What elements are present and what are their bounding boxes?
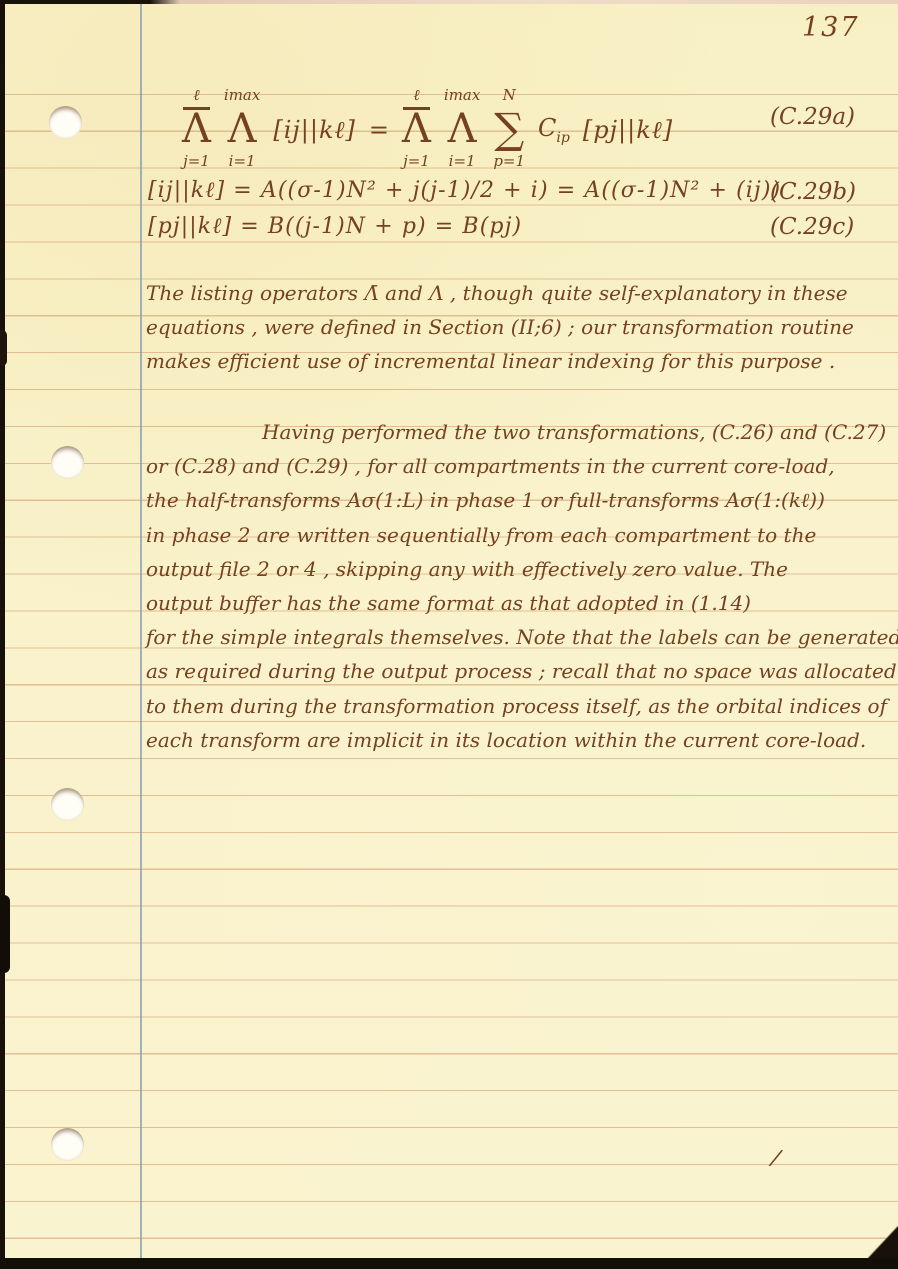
operator-lower-limit: j=1 xyxy=(403,151,430,172)
equals-sign: = xyxy=(369,116,389,144)
punch-hole xyxy=(49,106,82,139)
handwritten-line: as required during the output process ; … xyxy=(146,654,886,688)
punch-hole xyxy=(51,1128,84,1161)
operator-upper-limit: ℓ xyxy=(193,88,199,107)
summation-operator: N ∑ p=1 xyxy=(493,88,525,172)
equation-label-c29b: (C.29b) xyxy=(770,179,856,205)
wedge-operator: imax Λ i=1 xyxy=(224,88,260,172)
paragraph-output-description: Having performed the two transformations… xyxy=(146,415,886,757)
coefficient: Cip xyxy=(538,114,570,146)
wedge-operator: imax Λ i=1 xyxy=(444,88,480,172)
handwritten-line: to them during the transformation proces… xyxy=(146,689,886,723)
handwritten-line: in phase 2 are written sequentially from… xyxy=(146,518,886,552)
handwritten-line: equations , were defined in Section (II;… xyxy=(146,311,886,345)
page-corner-cut xyxy=(868,1226,898,1258)
punch-hole xyxy=(51,788,84,821)
handwritten-line: Having performed the two transformations… xyxy=(146,415,886,449)
wedge-symbol: Λ xyxy=(448,107,477,151)
handwritten-line: for the simple integrals themselves. Not… xyxy=(146,620,886,654)
integral-label-rhs: [pj||kℓ] xyxy=(583,116,673,145)
scan-edge-blob xyxy=(0,895,10,973)
wedge-symbol: Λ xyxy=(402,107,431,151)
operator-lower-limit: i=1 xyxy=(229,151,256,172)
handwritten-line: The listing operators Λ̄ and Λ , though … xyxy=(146,277,886,311)
handwritten-line: the half-transforms Aσ(1:L) in phase 1 o… xyxy=(146,483,886,517)
equation-c29b: [ij||kℓ] = A((σ-1)N² + j(j-1)/2 + i) = A… xyxy=(148,177,781,203)
handwritten-line: or (C.28) and (C.29) , for all compartme… xyxy=(146,449,886,483)
operator-lower-limit: i=1 xyxy=(449,151,476,172)
handwritten-line: each transform are implicit in its locat… xyxy=(146,723,886,757)
equation-label-c29c: (C.29c) xyxy=(770,214,854,240)
barred-wedge-operator: ℓ Λ j=1 xyxy=(182,88,211,172)
operator-upper-limit: imax xyxy=(444,88,480,107)
page-number: 137 xyxy=(802,12,860,43)
notebook-page: 137 ℓ Λ j=1 imax Λ i=1 [ij||kℓ] = ℓ Λ j=… xyxy=(0,0,898,1269)
equation-c29c: [pj||kℓ] = B((j-1)N + p) = B(pj) xyxy=(148,213,522,239)
wedge-symbol: Λ xyxy=(182,107,211,151)
coefficient-subscript: ip xyxy=(556,130,569,146)
sigma-symbol: ∑ xyxy=(494,107,524,151)
margin-line xyxy=(140,0,142,1258)
integral-label-lhs: [ij||kℓ] xyxy=(273,116,356,145)
operator-lower-limit: j=1 xyxy=(183,151,210,172)
paragraph-listing-operators: The listing operators Λ̄ and Λ , though … xyxy=(146,277,886,378)
operator-upper-limit: ℓ xyxy=(413,88,419,107)
handwritten-line: output file 2 or 4 , skipping any with e… xyxy=(146,552,886,586)
scan-edge-bottom xyxy=(0,1258,898,1269)
handwritten-line: output buffer has the same format as tha… xyxy=(146,586,886,620)
scan-edge-top xyxy=(0,0,898,4)
scan-edge-blob xyxy=(0,330,7,366)
scan-edge-left xyxy=(0,0,5,1269)
operator-lower-limit: p=1 xyxy=(493,151,525,172)
punch-hole xyxy=(51,446,84,479)
barred-wedge-operator: ℓ Λ j=1 xyxy=(402,88,431,172)
coefficient-letter: C xyxy=(538,114,556,142)
handwritten-line: makes efficient use of incremental linea… xyxy=(146,345,886,379)
wedge-symbol: Λ xyxy=(228,107,257,151)
equation-c29a: ℓ Λ j=1 imax Λ i=1 [ij||kℓ] = ℓ Λ j=1 im… xyxy=(182,74,673,186)
equation-label-c29a: (C.29a) xyxy=(770,104,855,130)
operator-upper-limit: imax xyxy=(224,88,260,107)
